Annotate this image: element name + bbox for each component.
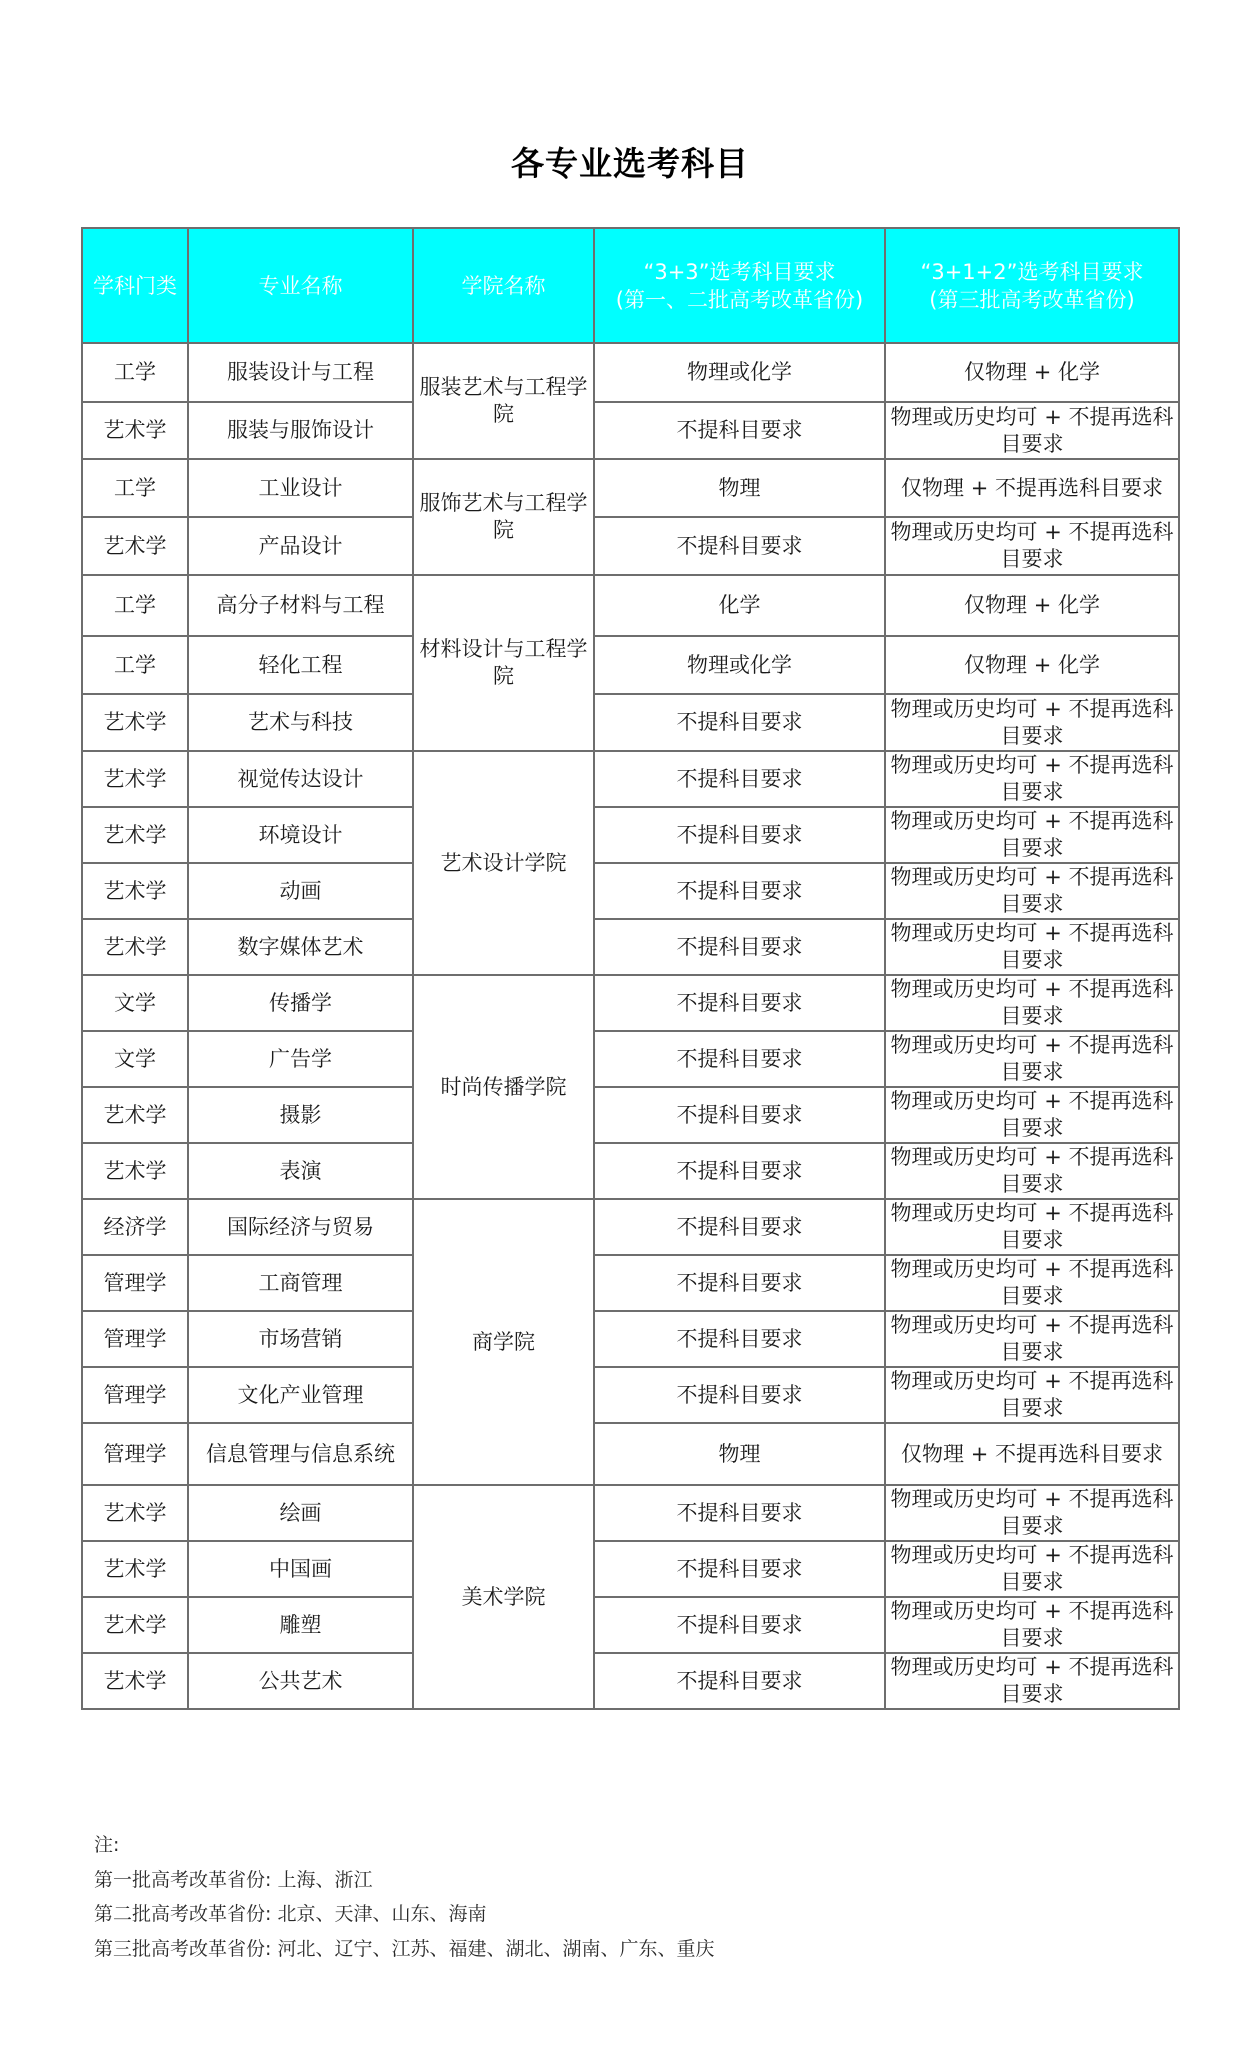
header-req-3-1-2: “3+1+2”选考科目要求 (第三批高考改革省份) <box>885 228 1179 343</box>
cell-college: 美术学院 <box>413 1485 594 1709</box>
header-req-3-3-line2: (第一、二批高考改革省份) <box>598 286 881 314</box>
cell-category: 工学 <box>82 459 188 517</box>
cell-req-3-3: 物理或化学 <box>594 636 885 694</box>
cell-req-3-3: 不提科目要求 <box>594 1199 885 1255</box>
cell-category: 艺术学 <box>82 694 188 751</box>
cell-category: 工学 <box>82 575 188 636</box>
cell-req-3-1-2: 物理或历史均可 + 不提再选科目要求 <box>885 1367 1179 1423</box>
table-row: 文学传播学时尚传播学院不提科目要求物理或历史均可 + 不提再选科目要求 <box>82 975 1179 1031</box>
table-row: 艺术学表演不提科目要求物理或历史均可 + 不提再选科目要求 <box>82 1143 1179 1199</box>
cell-category: 艺术学 <box>82 751 188 807</box>
cell-req-3-1-2: 仅物理 + 化学 <box>885 636 1179 694</box>
cell-college: 时尚传播学院 <box>413 975 594 1199</box>
table-row: 管理学工商管理不提科目要求物理或历史均可 + 不提再选科目要求 <box>82 1255 1179 1311</box>
cell-req-3-3: 不提科目要求 <box>594 402 885 459</box>
cell-req-3-3: 不提科目要求 <box>594 1485 885 1541</box>
cell-college: 商学院 <box>413 1199 594 1485</box>
cell-major: 视觉传达设计 <box>188 751 413 807</box>
header-req-3-1-2-line2: (第三批高考改革省份) <box>889 286 1175 314</box>
table-row: 艺术学雕塑不提科目要求物理或历史均可 + 不提再选科目要求 <box>82 1597 1179 1653</box>
cell-college: 艺术设计学院 <box>413 751 594 975</box>
table-row: 艺术学环境设计不提科目要求物理或历史均可 + 不提再选科目要求 <box>82 807 1179 863</box>
cell-major: 工业设计 <box>188 459 413 517</box>
cell-req-3-1-2: 物理或历史均可 + 不提再选科目要求 <box>885 1087 1179 1143</box>
cell-category: 文学 <box>82 1031 188 1087</box>
table-row: 经济学国际经济与贸易商学院不提科目要求物理或历史均可 + 不提再选科目要求 <box>82 1199 1179 1255</box>
table-row: 艺术学绘画美术学院不提科目要求物理或历史均可 + 不提再选科目要求 <box>82 1485 1179 1541</box>
cell-major: 艺术与科技 <box>188 694 413 751</box>
cell-category: 艺术学 <box>82 1541 188 1597</box>
cell-req-3-1-2: 物理或历史均可 + 不提再选科目要求 <box>885 807 1179 863</box>
cell-category: 管理学 <box>82 1255 188 1311</box>
table-row: 艺术学公共艺术不提科目要求物理或历史均可 + 不提再选科目要求 <box>82 1653 1179 1709</box>
notes-label: 注: <box>94 1828 714 1863</box>
cell-req-3-3: 不提科目要求 <box>594 807 885 863</box>
cell-req-3-1-2: 仅物理 + 化学 <box>885 343 1179 402</box>
cell-major: 环境设计 <box>188 807 413 863</box>
cell-major: 服装与服饰设计 <box>188 402 413 459</box>
cell-category: 艺术学 <box>82 1653 188 1709</box>
cell-req-3-3: 不提科目要求 <box>594 1541 885 1597</box>
cell-req-3-3: 不提科目要求 <box>594 1255 885 1311</box>
cell-req-3-1-2: 物理或历史均可 + 不提再选科目要求 <box>885 694 1179 751</box>
cell-req-3-3: 不提科目要求 <box>594 1311 885 1367</box>
table-header-row: 学科门类 专业名称 学院名称 “3+3”选考科目要求 (第一、二批高考改革省份)… <box>82 228 1179 343</box>
cell-major: 文化产业管理 <box>188 1367 413 1423</box>
cell-req-3-1-2: 物理或历史均可 + 不提再选科目要求 <box>885 1485 1179 1541</box>
table-row: 艺术学艺术与科技不提科目要求物理或历史均可 + 不提再选科目要求 <box>82 694 1179 751</box>
cell-req-3-3: 不提科目要求 <box>594 751 885 807</box>
table-row: 艺术学服装与服饰设计不提科目要求物理或历史均可 + 不提再选科目要求 <box>82 402 1179 459</box>
cell-major: 表演 <box>188 1143 413 1199</box>
cell-req-3-3: 不提科目要求 <box>594 1087 885 1143</box>
cell-college: 材料设计与工程学院 <box>413 575 594 751</box>
cell-category: 艺术学 <box>82 807 188 863</box>
table-row: 艺术学数字媒体艺术不提科目要求物理或历史均可 + 不提再选科目要求 <box>82 919 1179 975</box>
header-req-3-3: “3+3”选考科目要求 (第一、二批高考改革省份) <box>594 228 885 343</box>
cell-category: 管理学 <box>82 1367 188 1423</box>
table-row: 工学轻化工程物理或化学仅物理 + 化学 <box>82 636 1179 694</box>
table-row: 管理学信息管理与信息系统物理仅物理 + 不提再选科目要求 <box>82 1423 1179 1485</box>
table-row: 艺术学中国画不提科目要求物理或历史均可 + 不提再选科目要求 <box>82 1541 1179 1597</box>
cell-req-3-1-2: 物理或历史均可 + 不提再选科目要求 <box>885 1031 1179 1087</box>
notes-line: 第二批高考改革省份: 北京、天津、山东、海南 <box>94 1897 714 1932</box>
table-row: 艺术学视觉传达设计艺术设计学院不提科目要求物理或历史均可 + 不提再选科目要求 <box>82 751 1179 807</box>
notes: 注: 第一批高考改革省份: 上海、浙江 第二批高考改革省份: 北京、天津、山东、… <box>94 1828 714 1966</box>
cell-req-3-1-2: 物理或历史均可 + 不提再选科目要求 <box>885 1143 1179 1199</box>
notes-line: 第三批高考改革省份: 河北、辽宁、江苏、福建、湖北、湖南、广东、重庆 <box>94 1932 714 1967</box>
cell-req-3-3: 不提科目要求 <box>594 1031 885 1087</box>
cell-major: 雕塑 <box>188 1597 413 1653</box>
cell-req-3-1-2: 物理或历史均可 + 不提再选科目要求 <box>885 402 1179 459</box>
cell-req-3-1-2: 物理或历史均可 + 不提再选科目要求 <box>885 1541 1179 1597</box>
cell-req-3-3: 物理 <box>594 459 885 517</box>
cell-req-3-1-2: 物理或历史均可 + 不提再选科目要求 <box>885 1311 1179 1367</box>
cell-category: 管理学 <box>82 1423 188 1485</box>
cell-category: 艺术学 <box>82 402 188 459</box>
table-row: 艺术学产品设计不提科目要求物理或历史均可 + 不提再选科目要求 <box>82 517 1179 575</box>
header-college: 学院名称 <box>413 228 594 343</box>
cell-major: 中国画 <box>188 1541 413 1597</box>
cell-category: 经济学 <box>82 1199 188 1255</box>
cell-req-3-3: 不提科目要求 <box>594 975 885 1031</box>
cell-major: 服装设计与工程 <box>188 343 413 402</box>
cell-category: 艺术学 <box>82 863 188 919</box>
cell-req-3-1-2: 仅物理 + 不提再选科目要求 <box>885 1423 1179 1485</box>
table-row: 艺术学摄影不提科目要求物理或历史均可 + 不提再选科目要求 <box>82 1087 1179 1143</box>
cell-category: 管理学 <box>82 1311 188 1367</box>
cell-req-3-3: 化学 <box>594 575 885 636</box>
cell-req-3-1-2: 物理或历史均可 + 不提再选科目要求 <box>885 919 1179 975</box>
cell-req-3-1-2: 物理或历史均可 + 不提再选科目要求 <box>885 1653 1179 1709</box>
cell-category: 工学 <box>82 636 188 694</box>
cell-major: 市场营销 <box>188 1311 413 1367</box>
cell-req-3-1-2: 物理或历史均可 + 不提再选科目要求 <box>885 751 1179 807</box>
table-row: 工学服装设计与工程服装艺术与工程学院物理或化学仅物理 + 化学 <box>82 343 1179 402</box>
cell-req-3-1-2: 物理或历史均可 + 不提再选科目要求 <box>885 517 1179 575</box>
cell-category: 艺术学 <box>82 1597 188 1653</box>
cell-category: 艺术学 <box>82 1087 188 1143</box>
cell-req-3-3: 物理 <box>594 1423 885 1485</box>
table-row: 管理学市场营销不提科目要求物理或历史均可 + 不提再选科目要求 <box>82 1311 1179 1367</box>
cell-req-3-1-2: 物理或历史均可 + 不提再选科目要求 <box>885 1255 1179 1311</box>
table-row: 工学高分子材料与工程材料设计与工程学院化学仅物理 + 化学 <box>82 575 1179 636</box>
cell-req-3-3: 不提科目要求 <box>594 517 885 575</box>
header-req-3-3-line1: “3+3”选考科目要求 <box>598 258 881 286</box>
page-title: 各专业选考科目 <box>0 138 1260 185</box>
subject-requirements-table: 学科门类 专业名称 学院名称 “3+3”选考科目要求 (第一、二批高考改革省份)… <box>81 227 1180 1710</box>
cell-major: 摄影 <box>188 1087 413 1143</box>
table-row: 艺术学动画不提科目要求物理或历史均可 + 不提再选科目要求 <box>82 863 1179 919</box>
cell-req-3-1-2: 仅物理 + 化学 <box>885 575 1179 636</box>
cell-req-3-1-2: 物理或历史均可 + 不提再选科目要求 <box>885 863 1179 919</box>
cell-major: 产品设计 <box>188 517 413 575</box>
cell-category: 文学 <box>82 975 188 1031</box>
header-major: 专业名称 <box>188 228 413 343</box>
cell-major: 工商管理 <box>188 1255 413 1311</box>
cell-req-3-3: 不提科目要求 <box>594 863 885 919</box>
notes-line: 第一批高考改革省份: 上海、浙江 <box>94 1863 714 1898</box>
cell-req-3-3: 不提科目要求 <box>594 1597 885 1653</box>
cell-req-3-3: 不提科目要求 <box>594 1143 885 1199</box>
cell-college: 服装艺术与工程学院 <box>413 343 594 459</box>
cell-major: 数字媒体艺术 <box>188 919 413 975</box>
cell-req-3-3: 不提科目要求 <box>594 1367 885 1423</box>
cell-req-3-1-2: 物理或历史均可 + 不提再选科目要求 <box>885 975 1179 1031</box>
cell-major: 绘画 <box>188 1485 413 1541</box>
cell-category: 艺术学 <box>82 1143 188 1199</box>
cell-category: 工学 <box>82 343 188 402</box>
cell-major: 高分子材料与工程 <box>188 575 413 636</box>
cell-major: 轻化工程 <box>188 636 413 694</box>
cell-major: 传播学 <box>188 975 413 1031</box>
cell-college: 服饰艺术与工程学院 <box>413 459 594 575</box>
cell-major: 国际经济与贸易 <box>188 1199 413 1255</box>
cell-req-3-1-2: 物理或历史均可 + 不提再选科目要求 <box>885 1199 1179 1255</box>
header-category: 学科门类 <box>82 228 188 343</box>
table-row: 工学工业设计服饰艺术与工程学院物理仅物理 + 不提再选科目要求 <box>82 459 1179 517</box>
cell-req-3-3: 物理或化学 <box>594 343 885 402</box>
table-row: 文学广告学不提科目要求物理或历史均可 + 不提再选科目要求 <box>82 1031 1179 1087</box>
cell-major: 信息管理与信息系统 <box>188 1423 413 1485</box>
cell-category: 艺术学 <box>82 919 188 975</box>
cell-major: 公共艺术 <box>188 1653 413 1709</box>
cell-req-3-1-2: 仅物理 + 不提再选科目要求 <box>885 459 1179 517</box>
cell-major: 动画 <box>188 863 413 919</box>
cell-req-3-3: 不提科目要求 <box>594 1653 885 1709</box>
header-req-3-1-2-line1: “3+1+2”选考科目要求 <box>889 258 1175 286</box>
cell-req-3-3: 不提科目要求 <box>594 919 885 975</box>
table-row: 管理学文化产业管理不提科目要求物理或历史均可 + 不提再选科目要求 <box>82 1367 1179 1423</box>
cell-category: 艺术学 <box>82 1485 188 1541</box>
cell-req-3-1-2: 物理或历史均可 + 不提再选科目要求 <box>885 1597 1179 1653</box>
cell-category: 艺术学 <box>82 517 188 575</box>
cell-req-3-3: 不提科目要求 <box>594 694 885 751</box>
cell-major: 广告学 <box>188 1031 413 1087</box>
